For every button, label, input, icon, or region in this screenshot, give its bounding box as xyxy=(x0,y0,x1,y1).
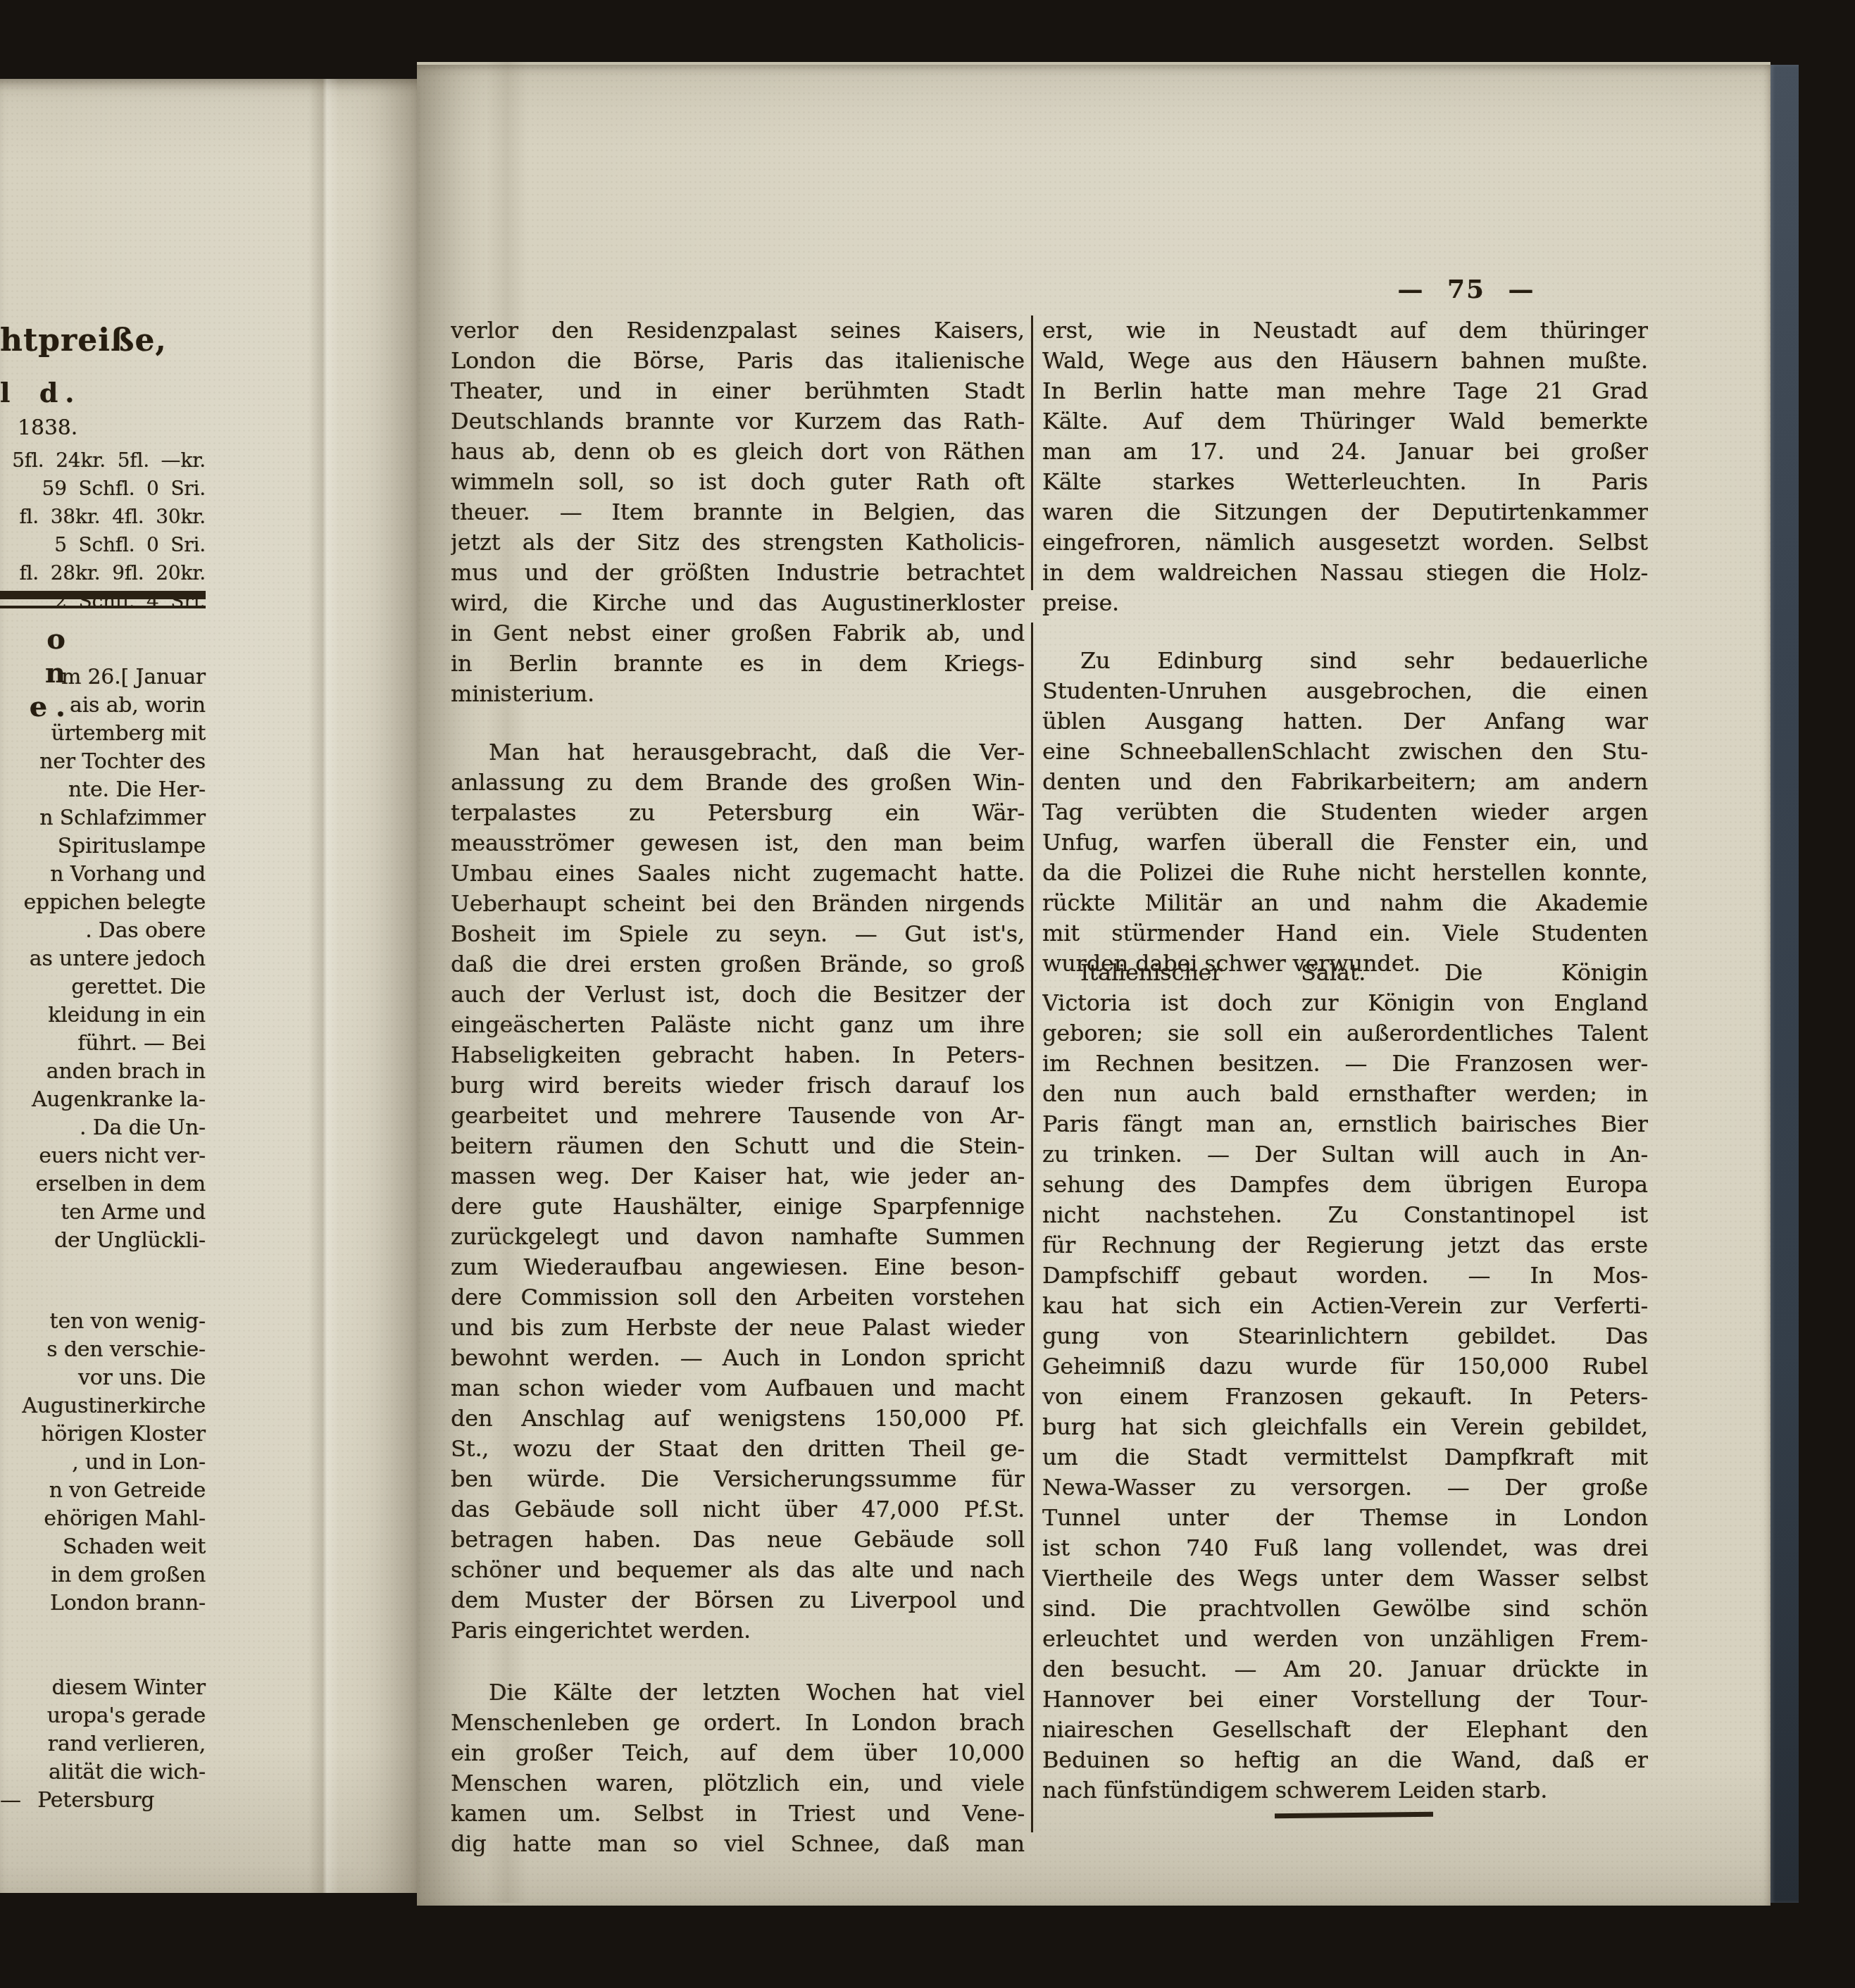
text-line: daß die drei ersten großen Brände, so gr… xyxy=(451,949,1025,980)
text-line: . Das obere xyxy=(0,917,206,945)
text-line: schöner und bequemer als das alte und na… xyxy=(451,1555,1025,1585)
text-line: as untere jedoch xyxy=(0,945,206,973)
text-line: euers nicht ver- xyxy=(0,1142,206,1170)
text-line: kleidung in ein xyxy=(0,1001,206,1030)
text-line: Augenkranke la- xyxy=(0,1086,206,1114)
text-line: l d. xyxy=(0,377,206,414)
text-line: Man hat herausgebracht, daß die Ver- xyxy=(451,737,1025,768)
paragraph: Man hat herausgebracht, daß die Ver-anla… xyxy=(451,737,1025,1646)
paragraph: Die Kälte der letzten Wochen hat vielMen… xyxy=(451,1677,1025,1859)
text-line: 5fl. 24kr. 5fl. —kr. xyxy=(0,446,206,475)
text-line: man schon wieder vom Aufbauen und macht xyxy=(451,1373,1025,1404)
text-line: waren die Sitzungen der Deputirtenkammer xyxy=(1042,497,1648,527)
text-line: ten von wenig- xyxy=(0,1308,206,1336)
text-line: London brann- xyxy=(0,1589,206,1618)
text-line: ais ab, worin xyxy=(0,692,206,720)
text-line: Geheimniß dazu wurde für 150,000 Rubel xyxy=(1042,1351,1648,1382)
text-line: meausströmer gewesen ist, den man beim xyxy=(451,828,1025,858)
text-line: nach fünfstündigem schwerem Leiden starb… xyxy=(1042,1775,1648,1806)
text-line: sehung des Dampfes dem übrigen Europa xyxy=(1042,1170,1648,1200)
text-line: kau hat sich ein Actien-Verein zur Verfe… xyxy=(1042,1291,1648,1321)
text-line: s den verschie- xyxy=(0,1336,206,1364)
text-line: Habseligkeiten gebracht haben. In Peters… xyxy=(451,1040,1025,1070)
text-line: Deutschlands brannte vor Kurzem das Rath… xyxy=(451,406,1025,437)
text-line: Bosheit im Spiele zu seyn. — Gut ist's, xyxy=(451,919,1025,949)
paragraph: Zu Edinburg sind sehr bedauerlicheStuden… xyxy=(1042,646,1648,979)
text-line: ten Arme und xyxy=(0,1199,206,1227)
text-line: verlor den Residenzpalast seines Kaisers… xyxy=(451,315,1025,346)
text-line: rückte Militär an und nahm die Akademie xyxy=(1042,888,1648,918)
text-line: 59 Schfl. 0 Sri. xyxy=(0,475,206,503)
text-line: nicht nachstehen. Zu Constantinopel ist xyxy=(1042,1200,1648,1230)
text-line: auch der Verlust ist, doch die Besitzer … xyxy=(451,980,1025,1010)
text-line: n Vorhang und xyxy=(0,861,206,889)
text-line: denten und den Fabrikarbeitern; am ander… xyxy=(1042,767,1648,797)
text-line: gerettet. Die xyxy=(0,973,206,1001)
text-line: den besucht. — Am 20. Januar drückte in xyxy=(1042,1654,1648,1684)
text-line: ürtemberg mit xyxy=(0,720,206,748)
page-number: — 75 — xyxy=(868,273,1855,306)
price-list-fragment: htpreiße,l d.1838.5fl. 24kr. 5fl. —kr.59… xyxy=(0,318,206,615)
text-line: n Schlafzimmer xyxy=(0,804,206,832)
text-line: zurückgelegt und davon namhafte Summen xyxy=(451,1222,1025,1252)
text-line: erst, wie in Neustadt auf dem thüringer xyxy=(1042,315,1648,346)
text-line: fl. 28kr. 9fl. 20kr. xyxy=(0,559,206,587)
text-line: rand verlieren, xyxy=(0,1730,206,1758)
text-line: den nun auch bald ernsthafter werden; in xyxy=(1042,1079,1648,1109)
right-page: — 75 — verlor den Residenzpalast seines … xyxy=(417,62,1770,1906)
text-line: eppichen belegte xyxy=(0,889,206,917)
text-line: dem Muster der Börsen zu Liverpool und xyxy=(451,1585,1025,1615)
text-line: mit stürmender Hand ein. Viele Studenten xyxy=(1042,918,1648,949)
text-line: das Gebäude soll nicht über 47,000 Pf.St… xyxy=(451,1494,1025,1525)
text-line: massen weg. Der Kaiser hat, wie jeder an… xyxy=(451,1161,1025,1192)
text-line: zu trinken. — Der Sultan will auch in An… xyxy=(1042,1139,1648,1170)
text-line: 1838. xyxy=(0,414,206,446)
paragraph-fragment: m 26.[ Januarais ab, worinürtemberg mitn… xyxy=(0,663,206,1255)
text-line: eingefroren, nämlich ausgesetzt worden. … xyxy=(1042,527,1648,558)
text-line: eingeäscherten Paläste nicht ganz um ihr… xyxy=(451,1010,1025,1040)
text-line: mus und der größten Industrie betrachtet xyxy=(451,558,1025,588)
text-line: fl. 38kr. 4fl. 30kr. xyxy=(0,503,206,531)
text-line: eine SchneeballenSchlacht zwischen den S… xyxy=(1042,737,1648,767)
text-line: bewohnt werden. — Auch in London spricht xyxy=(451,1343,1025,1373)
text-line: in dem großen xyxy=(0,1561,206,1589)
text-line: alität die wich- xyxy=(0,1758,206,1787)
text-line: im Rechnen besitzen. — Die Franzosen wer… xyxy=(1042,1049,1648,1079)
text-line: n von Getreide xyxy=(0,1477,206,1505)
text-line: ministerium. xyxy=(451,679,1025,709)
paragraph: verlor den Residenzpalast seines Kaisers… xyxy=(451,315,1025,709)
text-line: Theater, und in einer berühmten Stadt xyxy=(451,376,1025,406)
text-line: Studenten-Unruhen ausgebrochen, die eine… xyxy=(1042,676,1648,706)
text-line: Victoria ist doch zur Königin von Englan… xyxy=(1042,988,1648,1018)
text-line: burg hat sich gleichfalls ein Verein geb… xyxy=(1042,1412,1648,1442)
text-line: kamen um. Selbst in Triest und Vene- xyxy=(451,1799,1025,1829)
text-line: m 26.[ Januar xyxy=(0,663,206,692)
text-line: uropa's gerade xyxy=(0,1702,206,1730)
text-line: Paris eingerichtet werden. xyxy=(451,1615,1025,1646)
text-line: Tag verübten die Studenten wieder argen xyxy=(1042,797,1648,827)
text-line: preise. xyxy=(1042,588,1648,618)
text-line: wird, die Kirche und das Augustinerklost… xyxy=(451,588,1025,618)
text-line: sind. Die prachtvollen Gewölbe sind schö… xyxy=(1042,1594,1648,1624)
text-line: Menschenleben ge ordert. In London brach xyxy=(451,1708,1025,1738)
text-line: in Berlin brannte es in dem Kriegs- xyxy=(451,649,1025,679)
rule-thin-bar xyxy=(0,606,206,608)
text-line: 5 Schfl. 0 Sri. xyxy=(0,531,206,559)
paragraph: erst, wie in Neustadt auf dem thüringerW… xyxy=(1042,315,1648,618)
text-line: htpreiße, xyxy=(0,318,206,377)
text-line: Newa-Wasser zu versorgen. — Der große xyxy=(1042,1473,1648,1503)
text-line: Tunnel unter der Themse in London xyxy=(1042,1503,1648,1533)
column-divider xyxy=(1031,623,1033,1832)
text-line: in Gent nebst einer großen Fabrik ab, un… xyxy=(451,618,1025,649)
text-line: diesem Winter xyxy=(0,1674,206,1702)
text-line: London die Börse, Paris das italienische xyxy=(451,346,1025,376)
text-line: Italienischer Salat. Die Königin xyxy=(1042,958,1648,988)
rule-thick-bar xyxy=(0,591,206,599)
text-line: haus ab, denn ob es gleich dort von Räth… xyxy=(451,437,1025,467)
left-page: htpreiße,l d.1838.5fl. 24kr. 5fl. —kr.59… xyxy=(0,79,417,1893)
text-line: zum Wiederaufbau angewiesen. Eine beson- xyxy=(451,1252,1025,1282)
text-line: ehörigen Mahl- xyxy=(0,1505,206,1533)
text-line: Kälte. Auf dem Thüringer Wald bemerkte xyxy=(1042,406,1648,437)
text-line: Ueberhaupt scheint bei den Bränden nirge… xyxy=(451,889,1025,919)
text-line: für Rechnung der Regierung jetzt das ers… xyxy=(1042,1230,1648,1261)
text-line: ein großer Teich, auf dem über 10,000 xyxy=(451,1738,1025,1768)
text-line: Paris fängt man an, ernstlich bairisches… xyxy=(1042,1109,1648,1139)
text-line: ist schon 740 Fuß lang vollendet, was dr… xyxy=(1042,1533,1648,1563)
text-line: terpalastes zu Petersburg ein Wär- xyxy=(451,798,1025,828)
text-line: niaireschen Gesellschaft der Elephant de… xyxy=(1042,1715,1648,1745)
text-line: anlassung zu dem Brande des großen Win- xyxy=(451,768,1025,798)
text-line: ner Tochter des xyxy=(0,748,206,776)
text-line: Dampfschiff gebaut worden. — In Mos- xyxy=(1042,1261,1648,1291)
text-line: Viertheile des Wegs unter dem Wasser sel… xyxy=(1042,1563,1648,1594)
text-line: . Da die Un- xyxy=(0,1114,206,1142)
text-line: Menschen waren, plötzlich ein, und viele xyxy=(451,1768,1025,1799)
text-line: von einem Franzosen gekauft. In Peters- xyxy=(1042,1382,1648,1412)
text-line: Umbau eines Saales nicht zugemacht hatte… xyxy=(451,858,1025,889)
paragraph-fragment: ten von wenig-s den verschie-vor uns. Di… xyxy=(0,1308,206,1618)
text-line: Spirituslampe xyxy=(0,832,206,861)
text-line: Die Kälte der letzten Wochen hat viel xyxy=(451,1677,1025,1708)
text-line: dere gute Haushälter, einige Sparpfennig… xyxy=(451,1192,1025,1222)
section-heading: o n e. xyxy=(0,623,206,656)
text-line: , und in Lon- xyxy=(0,1449,206,1477)
text-line: Hannover bei einer Vorstellung der Tour- xyxy=(1042,1684,1648,1715)
text-line: Wald, Wege aus den Häusern bahnen mußte. xyxy=(1042,346,1648,376)
text-line: anden brach in xyxy=(0,1058,206,1086)
text-line: theuer. — Item brannte in Belgien, das xyxy=(451,497,1025,527)
end-of-section-rule xyxy=(1275,1812,1433,1818)
text-line: Schaden weit xyxy=(0,1533,206,1561)
text-line: erleuchtet und werden von unzähligen Fre… xyxy=(1042,1624,1648,1654)
text-line: da die Polizei die Ruhe nicht herstellen… xyxy=(1042,858,1648,888)
text-line: St., wozu der Staat den dritten Theil ge… xyxy=(451,1434,1025,1464)
text-line: geboren; sie soll ein außerordentliches … xyxy=(1042,1018,1648,1049)
text-line: vor uns. Die xyxy=(0,1364,206,1392)
paragraph-fragment: diesem Winteruropa's geraderand verliere… xyxy=(0,1674,206,1815)
text-line: Augustinerkirche xyxy=(0,1392,206,1420)
text-line: gearbeitet und mehrere Tausende von Ar- xyxy=(451,1101,1025,1131)
text-line: dig hatte man so viel Schnee, daß man xyxy=(451,1829,1025,1859)
text-line: der Unglückli- xyxy=(0,1227,206,1255)
text-line: wimmeln soll, so ist doch guter Rath oft xyxy=(451,467,1025,497)
section-divider-rule xyxy=(0,591,206,612)
text-line: führt. — Bei xyxy=(0,1030,206,1058)
text-line: betragen haben. Das neue Gebäude soll xyxy=(451,1525,1025,1555)
text-line: jetzt als der Sitz des strengsten Kathol… xyxy=(451,527,1025,558)
text-line: dere Commission soll den Arbeiten vorste… xyxy=(451,1282,1025,1313)
text-line: nte. Die Her- xyxy=(0,776,206,804)
text-line: Beduinen so heftig an die Wand, daß er xyxy=(1042,1745,1648,1775)
text-line: um die Stadt vermittelst Dampfkraft mit xyxy=(1042,1442,1648,1473)
text-line: burg wird bereits wieder frisch darauf l… xyxy=(451,1070,1025,1101)
column-divider xyxy=(1031,315,1033,590)
text-line: Unfug, warfen überall die Fenster ein, u… xyxy=(1042,827,1648,858)
text-line: Kälte starkes Wetterleuchten. In Paris xyxy=(1042,467,1648,497)
text-line: — Petersburg xyxy=(0,1787,206,1815)
text-line: in dem waldreichen Nassau stiegen die Ho… xyxy=(1042,558,1648,588)
book-fore-edge xyxy=(1770,65,1799,1903)
text-line: Zu Edinburg sind sehr bedauerliche xyxy=(1042,646,1648,676)
text-line: In Berlin hatte man mehre Tage 21 Grad xyxy=(1042,376,1648,406)
text-line: und bis zum Herbste der neue Palast wied… xyxy=(451,1313,1025,1343)
text-line: gung von Stearinlichtern gebildet. Das xyxy=(1042,1321,1648,1351)
text-line: hörigen Kloster xyxy=(0,1420,206,1449)
text-line: beitern räumen den Schutt und die Stein- xyxy=(451,1131,1025,1161)
paragraph: Italienischer Salat. Die KöniginVictoria… xyxy=(1042,958,1648,1806)
text-line: ben würde. Die Versicherungssumme für xyxy=(451,1464,1025,1494)
text-line: man am 17. und 24. Januar bei großer xyxy=(1042,437,1648,467)
text-line: den Anschlag auf wenigstens 150,000 Pf. xyxy=(451,1404,1025,1434)
text-line: üblen Ausgang hatten. Der Anfang war xyxy=(1042,706,1648,737)
text-line: erselben in dem xyxy=(0,1170,206,1199)
